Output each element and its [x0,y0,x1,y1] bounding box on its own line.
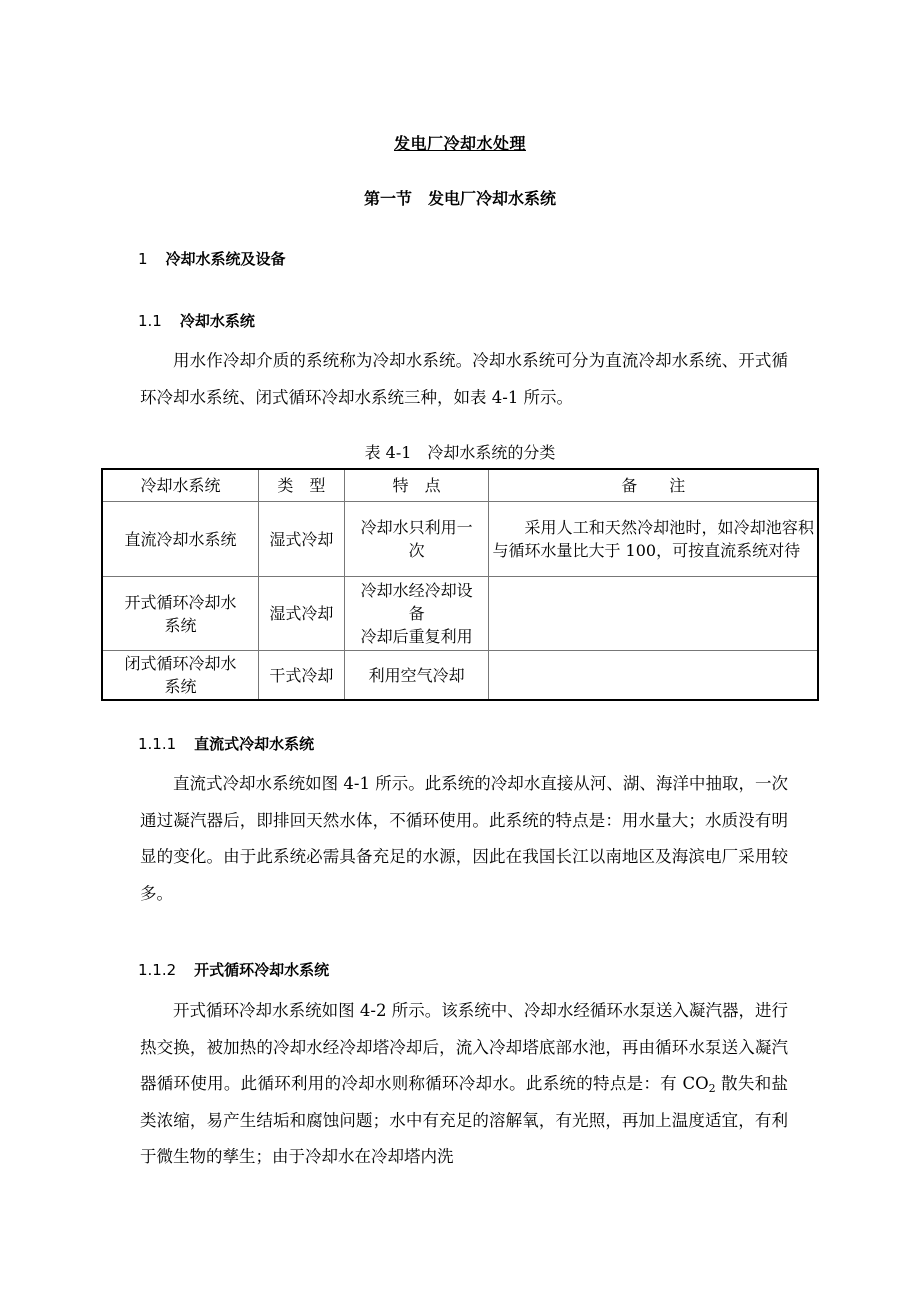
cell-note [489,651,818,701]
heading-1-1-1: 1.1.1直流式冷却水系统 [138,733,314,754]
cell-line: 开式循环冷却水 [106,591,255,614]
paragraph-intro: 用水作冷却介质的系统称为冷却水系统。冷却水系统可分为直流冷却水系统、开式循环冷却… [140,343,788,416]
heading-text: 直流式冷却水系统 [194,735,314,753]
table-caption: 表 4-1冷却水系统的分类 [0,440,920,463]
cell-note [489,577,818,651]
cell-line: 次 [348,539,486,562]
cell-system: 直流冷却水系统 [102,502,259,577]
header-note: 备 注 [489,469,818,502]
cell-line: 系统 [106,614,255,637]
heading-1-1-2: 1.1.2开式循环冷却水系统 [138,959,329,980]
section-title: 第一节发电厂冷却水系统 [0,186,920,209]
table-row: 开式循环冷却水 系统 湿式冷却 冷却水经冷却设 备 冷却后重复利用 [102,577,818,651]
header-feature: 特 点 [344,469,489,502]
table-header-row: 冷却水系统 类 型 特 点 备 注 [102,469,818,502]
section-title-text: 发电厂冷却水系统 [428,189,556,208]
cell-line: 冷却水只利用一 [348,516,486,539]
heading-text: 冷却水系统 [180,312,255,330]
header-system: 冷却水系统 [102,469,259,502]
header-type: 类 型 [259,469,345,502]
table-caption-number: 表 4-1 [365,443,412,462]
cell-line: 备 [348,602,486,625]
paragraph-open-recirculating: 开式循环冷却水系统如图 4-2 所示。该系统中、冷却水经循环水泵送入凝汽器，进行… [140,993,788,1176]
cell-line: 利用空气冷却 [348,664,486,687]
document-title: 发电厂冷却水处理 [0,131,920,154]
cell-type: 湿式冷却 [259,577,345,651]
table-caption-title: 冷却水系统的分类 [427,443,555,462]
cell-system: 开式循环冷却水 系统 [102,577,259,651]
table-row: 闭式循环冷却水 系统 干式冷却 利用空气冷却 [102,651,818,701]
cell-line: 闭式循环冷却水 [106,652,255,675]
paragraph-text: 开式循环冷却水系统如图 4-2 所示。该系统中、冷却水经循环水泵送入凝汽器，进行… [140,1001,788,1093]
cell-line: 冷却后重复利用 [348,625,486,648]
heading-number: 1.1.1 [138,735,176,753]
cooling-system-table: 冷却水系统 类 型 特 点 备 注 直流冷却水系统 湿式冷却 冷却水只利用一 次… [101,468,819,701]
cell-feature: 利用空气冷却 [344,651,489,701]
cell-line: 冷却水经冷却设 [348,579,486,602]
cell-system: 闭式循环冷却水 系统 [102,651,259,701]
table-row: 直流冷却水系统 湿式冷却 冷却水只利用一 次 采用人工和天然冷却池时，如冷却池容… [102,502,818,577]
cell-note: 采用人工和天然冷却池时，如冷却池容积与循环水量比大于 100，可按直流系统对待 [489,502,818,577]
section-number: 第一节 [364,189,412,208]
heading-1: 1冷却水系统及设备 [138,248,286,269]
cell-feature: 冷却水只利用一 次 [344,502,489,577]
heading-1-1: 1.1冷却水系统 [138,310,255,331]
heading-number: 1.1.2 [138,961,176,979]
cell-type: 湿式冷却 [259,502,345,577]
heading-number: 1 [138,250,148,268]
paragraph-once-through: 直流式冷却水系统如图 4-1 所示。此系统的冷却水直接从河、湖、海洋中抽取，一次… [140,766,788,912]
heading-text: 开式循环冷却水系统 [194,961,329,979]
cell-type: 干式冷却 [259,651,345,701]
heading-text: 冷却水系统及设备 [166,250,286,268]
heading-number: 1.1 [138,312,162,330]
subscript: 2 [709,1082,716,1095]
cell-line: 系统 [106,675,255,698]
cell-feature: 冷却水经冷却设 备 冷却后重复利用 [344,577,489,651]
